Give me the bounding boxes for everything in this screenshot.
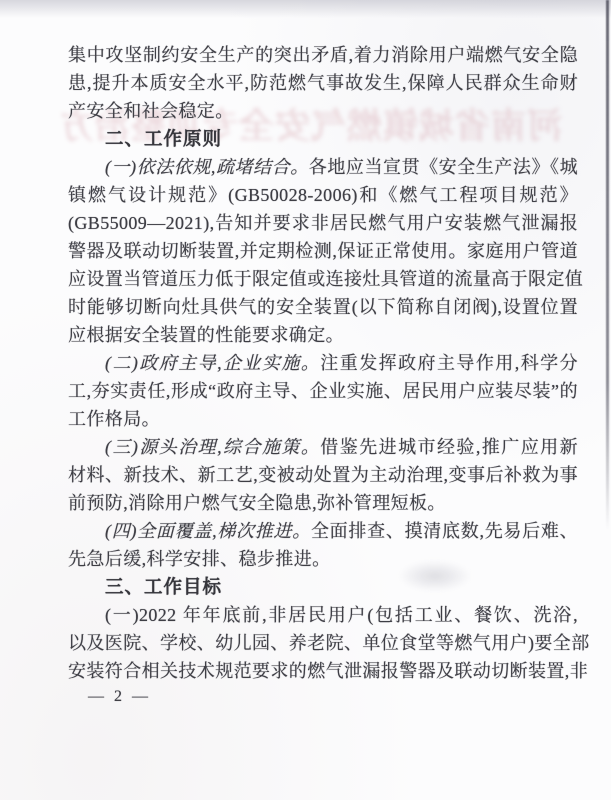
lead-in-phrase: (一)依法依规,疏堵结合。 (105, 157, 309, 177)
doc-line: 应设置当管道压力低于限定值或连接灶具管道的流量高于限定值 (68, 265, 578, 293)
doc-line: 安装符合相关技术规范要求的燃气泄漏报警器及联动切断装置,非 (68, 657, 578, 685)
lead-in-phrase: (二)政府主导,企业实施。 (105, 353, 320, 373)
doc-line: 工,夯实责任,形成“政府主导、企业实施、居民用户应装尽装”的 (68, 377, 578, 405)
scanned-document-page: 河南省城镇燃气安全专项整治方案 集中攻坚制约安全生产的突出矛盾,着力消除用户端燃… (0, 0, 611, 800)
doc-line: 集中攻坚制约安全生产的突出矛盾,着力消除用户端燃气安全隐 (68, 41, 578, 69)
doc-line: 警器及联动切断装置,并定期检测,保证正常使用。家庭用户管道 (68, 237, 578, 265)
doc-line: 工作格局。 (68, 405, 578, 433)
doc-line: (一)依法依规,疏堵结合。各地应当宣贯《安全生产法》《城 (68, 153, 578, 181)
doc-line: (一)2022 年年底前,非居民用户(包括工业、餐饮、洗浴, (68, 601, 578, 629)
lead-in-phrase: (四)全面覆盖,梯次推进。 (105, 521, 311, 541)
section-heading-2: 二、工作原则 (68, 125, 578, 153)
document-body: 集中攻坚制约安全生产的突出矛盾,着力消除用户端燃气安全隐 患,提升本质安全水平,… (68, 41, 578, 685)
doc-line: (四)全面覆盖,梯次推进。全面排查、摸清底数,先易后难、 (68, 517, 578, 545)
doc-line: 时能够切断向灶具供气的安全装置(以下简称自闭阀),设置位置 (68, 293, 578, 321)
doc-line: (三)源头治理,综合施策。借鉴先进城市经验,推广应用新 (68, 433, 578, 461)
line-text: 借鉴先进城市经验,推广应用新 (320, 437, 578, 457)
doc-line: (GB55009—2021),告知并要求非居民燃气用户安装燃气泄漏报 (68, 209, 578, 237)
doc-line: 应根据安全装置的性能要求确定。 (68, 321, 578, 349)
doc-line: 材料、新技术、新工艺,变被动处置为主动治理,变事后补救为事 (68, 461, 578, 489)
doc-line: 产安全和社会稳定。 (68, 97, 578, 125)
doc-line: 前预防,消除用户燃气安全隐患,弥补管理短板。 (68, 489, 578, 517)
scan-edge-shadow-top (0, 0, 611, 18)
lead-in-phrase: (三)源头治理,综合施策。 (105, 437, 320, 457)
line-text: 注重发挥政府主导作用,科学分 (320, 353, 578, 373)
section-heading-3: 三、工作目标 (68, 573, 578, 601)
page-number: — 2 — (88, 688, 151, 706)
doc-line: 镇燃气设计规范》(GB50028-2006)和《燃气工程项目规范》 (68, 181, 578, 209)
doc-line: 先急后缓,科学安排、稳步推进。 (68, 545, 578, 573)
line-text: 各地应当宣贯《安全生产法》《城 (309, 157, 578, 177)
doc-line: (二)政府主导,企业实施。注重发挥政府主导作用,科学分 (68, 349, 578, 377)
scan-edge-line-right (606, 0, 609, 530)
doc-line: 以及医院、学校、幼儿园、养老院、单位食堂等燃气用户)要全部 (68, 629, 578, 657)
line-text: 全面排查、摸清底数,先易后难、 (311, 521, 578, 541)
doc-line: 患,提升本质安全水平,防范燃气事故发生,保障人民群众生命财 (68, 69, 578, 97)
